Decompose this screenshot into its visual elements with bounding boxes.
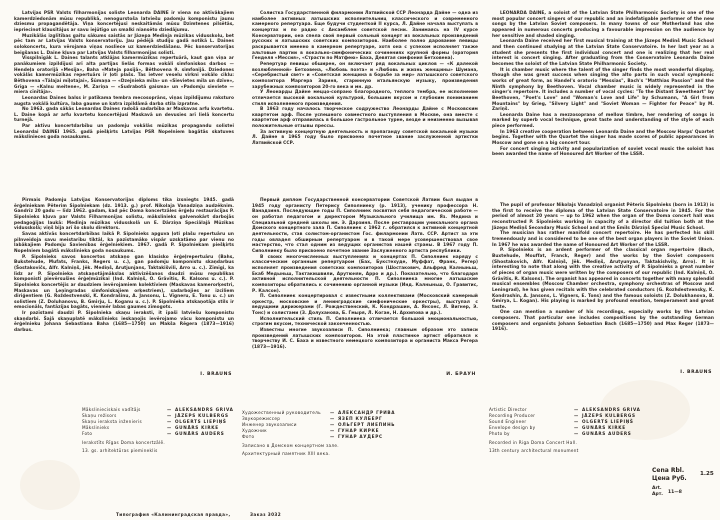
article-label-ru: Арт. xyxy=(652,492,663,498)
credits-ru: Художественный руководитель—АЛЕКСАНДР ГР… xyxy=(242,410,467,457)
paragraph: Репертуар певицы обширен, он включает ря… xyxy=(252,62,478,90)
paragraph: В 1963 году началось творческое содружес… xyxy=(252,107,478,130)
sipolnieks-text-ru: Первый диплом Государственной консервато… xyxy=(252,198,478,351)
recorded-note: Recorded in Riga Doma Concert Hall. xyxy=(489,440,709,446)
credits-en: Artistic Director—ALEKSANDRS GRIVA Recor… xyxy=(489,407,709,454)
order-number: Заказ 3032 xyxy=(250,512,281,517)
paragraph: Первый диплом Государственной консервато… xyxy=(252,198,478,255)
author-signature: I. BRAUNS xyxy=(680,370,712,375)
paragraph: У Леонарды Дайне меццо-сопрано благородн… xyxy=(252,90,478,107)
paragraph: The pupil of professor Nikolajs Vanadziņ… xyxy=(492,203,714,231)
paragraph: Leonarda Daine has a mezzosoprano of mel… xyxy=(492,113,714,130)
credit-row: Photo by—GUNĀRS AUDERS xyxy=(489,431,709,437)
printer-imprint: Типография «Калининградская правда», xyxy=(116,512,230,517)
paragraph: It is chamber music where the talent of … xyxy=(492,68,714,113)
paragraph: Par aktīvu koncertdarbību un padomju vok… xyxy=(14,124,234,141)
recorded-note: Записано в Домском концертном зале. xyxy=(242,443,467,449)
paragraph: P. Sipolnieks savos koncertos atskaņo ga… xyxy=(14,255,234,312)
paragraph: Ir pazīstami daudzi P. Sipolnieka skaņu … xyxy=(14,311,234,334)
credit-row: Фото—ГУНАР АУДЕРС xyxy=(242,434,467,440)
paragraph: Visspilnīgāk L. Daines talants atklājas … xyxy=(14,56,234,96)
article-labels: Art. Арт. xyxy=(652,486,663,498)
author-signature: I. BRAUNS xyxy=(200,372,232,377)
paragraph: One can mention a number of his recordin… xyxy=(492,310,714,333)
price-labels: Cena Rbl. Цена Руб. xyxy=(652,467,687,483)
paragraph: В своих многочисленных выступлениях и ко… xyxy=(252,255,478,295)
daine-text-en: LEONARDA DAINE, a soloist of the Latvian… xyxy=(492,11,714,158)
paragraph: Солистка Государственной филармонии Латв… xyxy=(252,11,478,62)
monument-note: 13th century architectural monument xyxy=(489,448,709,454)
paragraph: In 1963 creative cooperation between Leo… xyxy=(492,130,714,147)
paragraph: Pirmais Padomju Latvijas Konservatorijas… xyxy=(14,198,234,232)
paragraph: Leonarda Daine received her first musica… xyxy=(492,39,714,67)
daine-text-lv: Latvijas PSR Valsts filharmonijas solist… xyxy=(14,11,234,141)
price-label-ru: Цена Руб. xyxy=(652,475,687,483)
monument-note: Архитектурный памятник XIII века. xyxy=(242,451,467,457)
credit-row: Foto—GUNĀRS AUDERS xyxy=(82,431,252,437)
article-value: 11—8 xyxy=(668,490,682,495)
paragraph: Latvijas PSR Valsts filharmonijas solist… xyxy=(14,11,234,34)
recorded-note: Ierakstīts Rīgas Doma koncertzālē. xyxy=(82,440,252,446)
paragraph: Известны многие звукозаписи П. Сиполниек… xyxy=(252,328,478,351)
paragraph: За активную концертную деятельность и пр… xyxy=(252,130,478,147)
monument-note: 13. gs. arhitektūras piemineklis xyxy=(82,448,252,454)
price-value: 1.25 xyxy=(700,471,714,477)
paragraph: The musician has rather manifold concert… xyxy=(492,231,714,248)
paragraph: P. Sipolnieks is an ardent performer of … xyxy=(492,248,714,310)
author-signature: И. БРАУН xyxy=(446,372,476,377)
paragraph: No 1963. gada sākās Leonardas Daines rad… xyxy=(14,107,234,124)
paragraph: Leonardas Daines balss ir patīkama tembr… xyxy=(14,96,234,107)
record-sleeve-back: Latvijas PSR Valsts filharmonijas solist… xyxy=(0,0,720,520)
paragraph: П. Сиполниек концертировал с известными … xyxy=(252,294,478,317)
credits-lv: Mākslinieciskais vadītājs—ALEKSANDRS GRI… xyxy=(82,407,252,454)
paper-stain xyxy=(20,460,80,510)
paragraph: LEONARDA DAINE, a soloist of the Latvian… xyxy=(492,11,714,39)
paragraph: Muzikālās izglītības gaitu sākums saistā… xyxy=(14,34,234,57)
paragraph: For concert singing activity and popular… xyxy=(492,147,714,158)
sipolnieks-text-en: The pupil of professor Nikolajs Vanadziņ… xyxy=(492,203,714,333)
paragraph: Savas aktīvās koncertdarbības laikā P. S… xyxy=(14,232,234,255)
price-label-lv: Cena Rbl. xyxy=(652,467,687,475)
sipolnieks-text-lv: Pirmais Padomju Latvijas Konservatorijas… xyxy=(14,198,234,334)
daine-text-ru: Солистка Государственной филармонии Латв… xyxy=(252,11,478,147)
paragraph: Исполнительский стиль П. Сиполниека отли… xyxy=(252,317,478,328)
